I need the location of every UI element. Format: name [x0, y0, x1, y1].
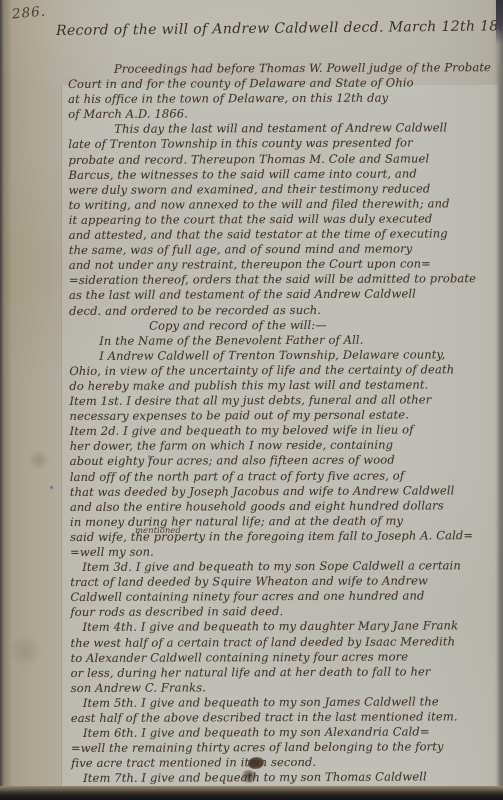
manuscript-line: Item 7th. I give and bequeath to my son … [83, 770, 503, 787]
ink-speck [148, 455, 150, 458]
manuscript-line: Ohio, in view of the uncertainty of life… [69, 362, 501, 379]
manuscript-line: =sideration thereof, orders that the sai… [69, 271, 501, 288]
manuscript-line: Copy and record of the will:— [149, 317, 501, 334]
ink-blot [242, 770, 256, 783]
ink-speck [50, 486, 53, 489]
manuscript-line: Item 4th. I give and bequeath to my daug… [82, 619, 502, 636]
manuscript-lines: Proceedings had before Thomas W. Powell … [68, 60, 503, 786]
manuscript-page: 286. Record of the will of Andrew Caldwe… [0, 0, 503, 789]
manuscript-line: Item 3d. I give and bequeath to my son S… [82, 558, 502, 575]
manuscript-line: Proceedings had before Thomas W. Powell … [114, 60, 500, 77]
manuscript-line: that was deeded by Joseph Jacobus and wi… [70, 483, 502, 500]
page-left-edge [0, 0, 12, 789]
manuscript-line: In the Name of the Benevolent Father of … [99, 332, 501, 349]
manuscript-line: and also the entire household goods and … [70, 498, 502, 515]
manuscript-line: I Andrew Caldwell of Trenton Township, D… [99, 347, 501, 364]
manuscript-line: the west half of a certain tract of land… [71, 634, 503, 651]
record-title: Record of the will of Andrew Caldwell de… [56, 18, 503, 39]
margin-stain [28, 450, 50, 470]
interlinear-insertion: mentioned [135, 526, 181, 536]
manuscript-line: =well the remaining thirty acres of land… [71, 739, 503, 756]
book-bottom-edge [0, 786, 503, 800]
scan-dark-corner [496, 0, 503, 44]
manuscript-line: and attested, and that the said testator… [69, 226, 501, 243]
page-right-edge [495, 0, 503, 789]
manuscript-line: to writing, and now annexed to the will … [69, 196, 501, 213]
page-number: 286. [11, 4, 46, 23]
manuscript-line: east half of the above described tract i… [71, 709, 503, 726]
margin-smudge [8, 636, 42, 666]
manuscript-line: This day the last will and testament of … [114, 120, 500, 137]
